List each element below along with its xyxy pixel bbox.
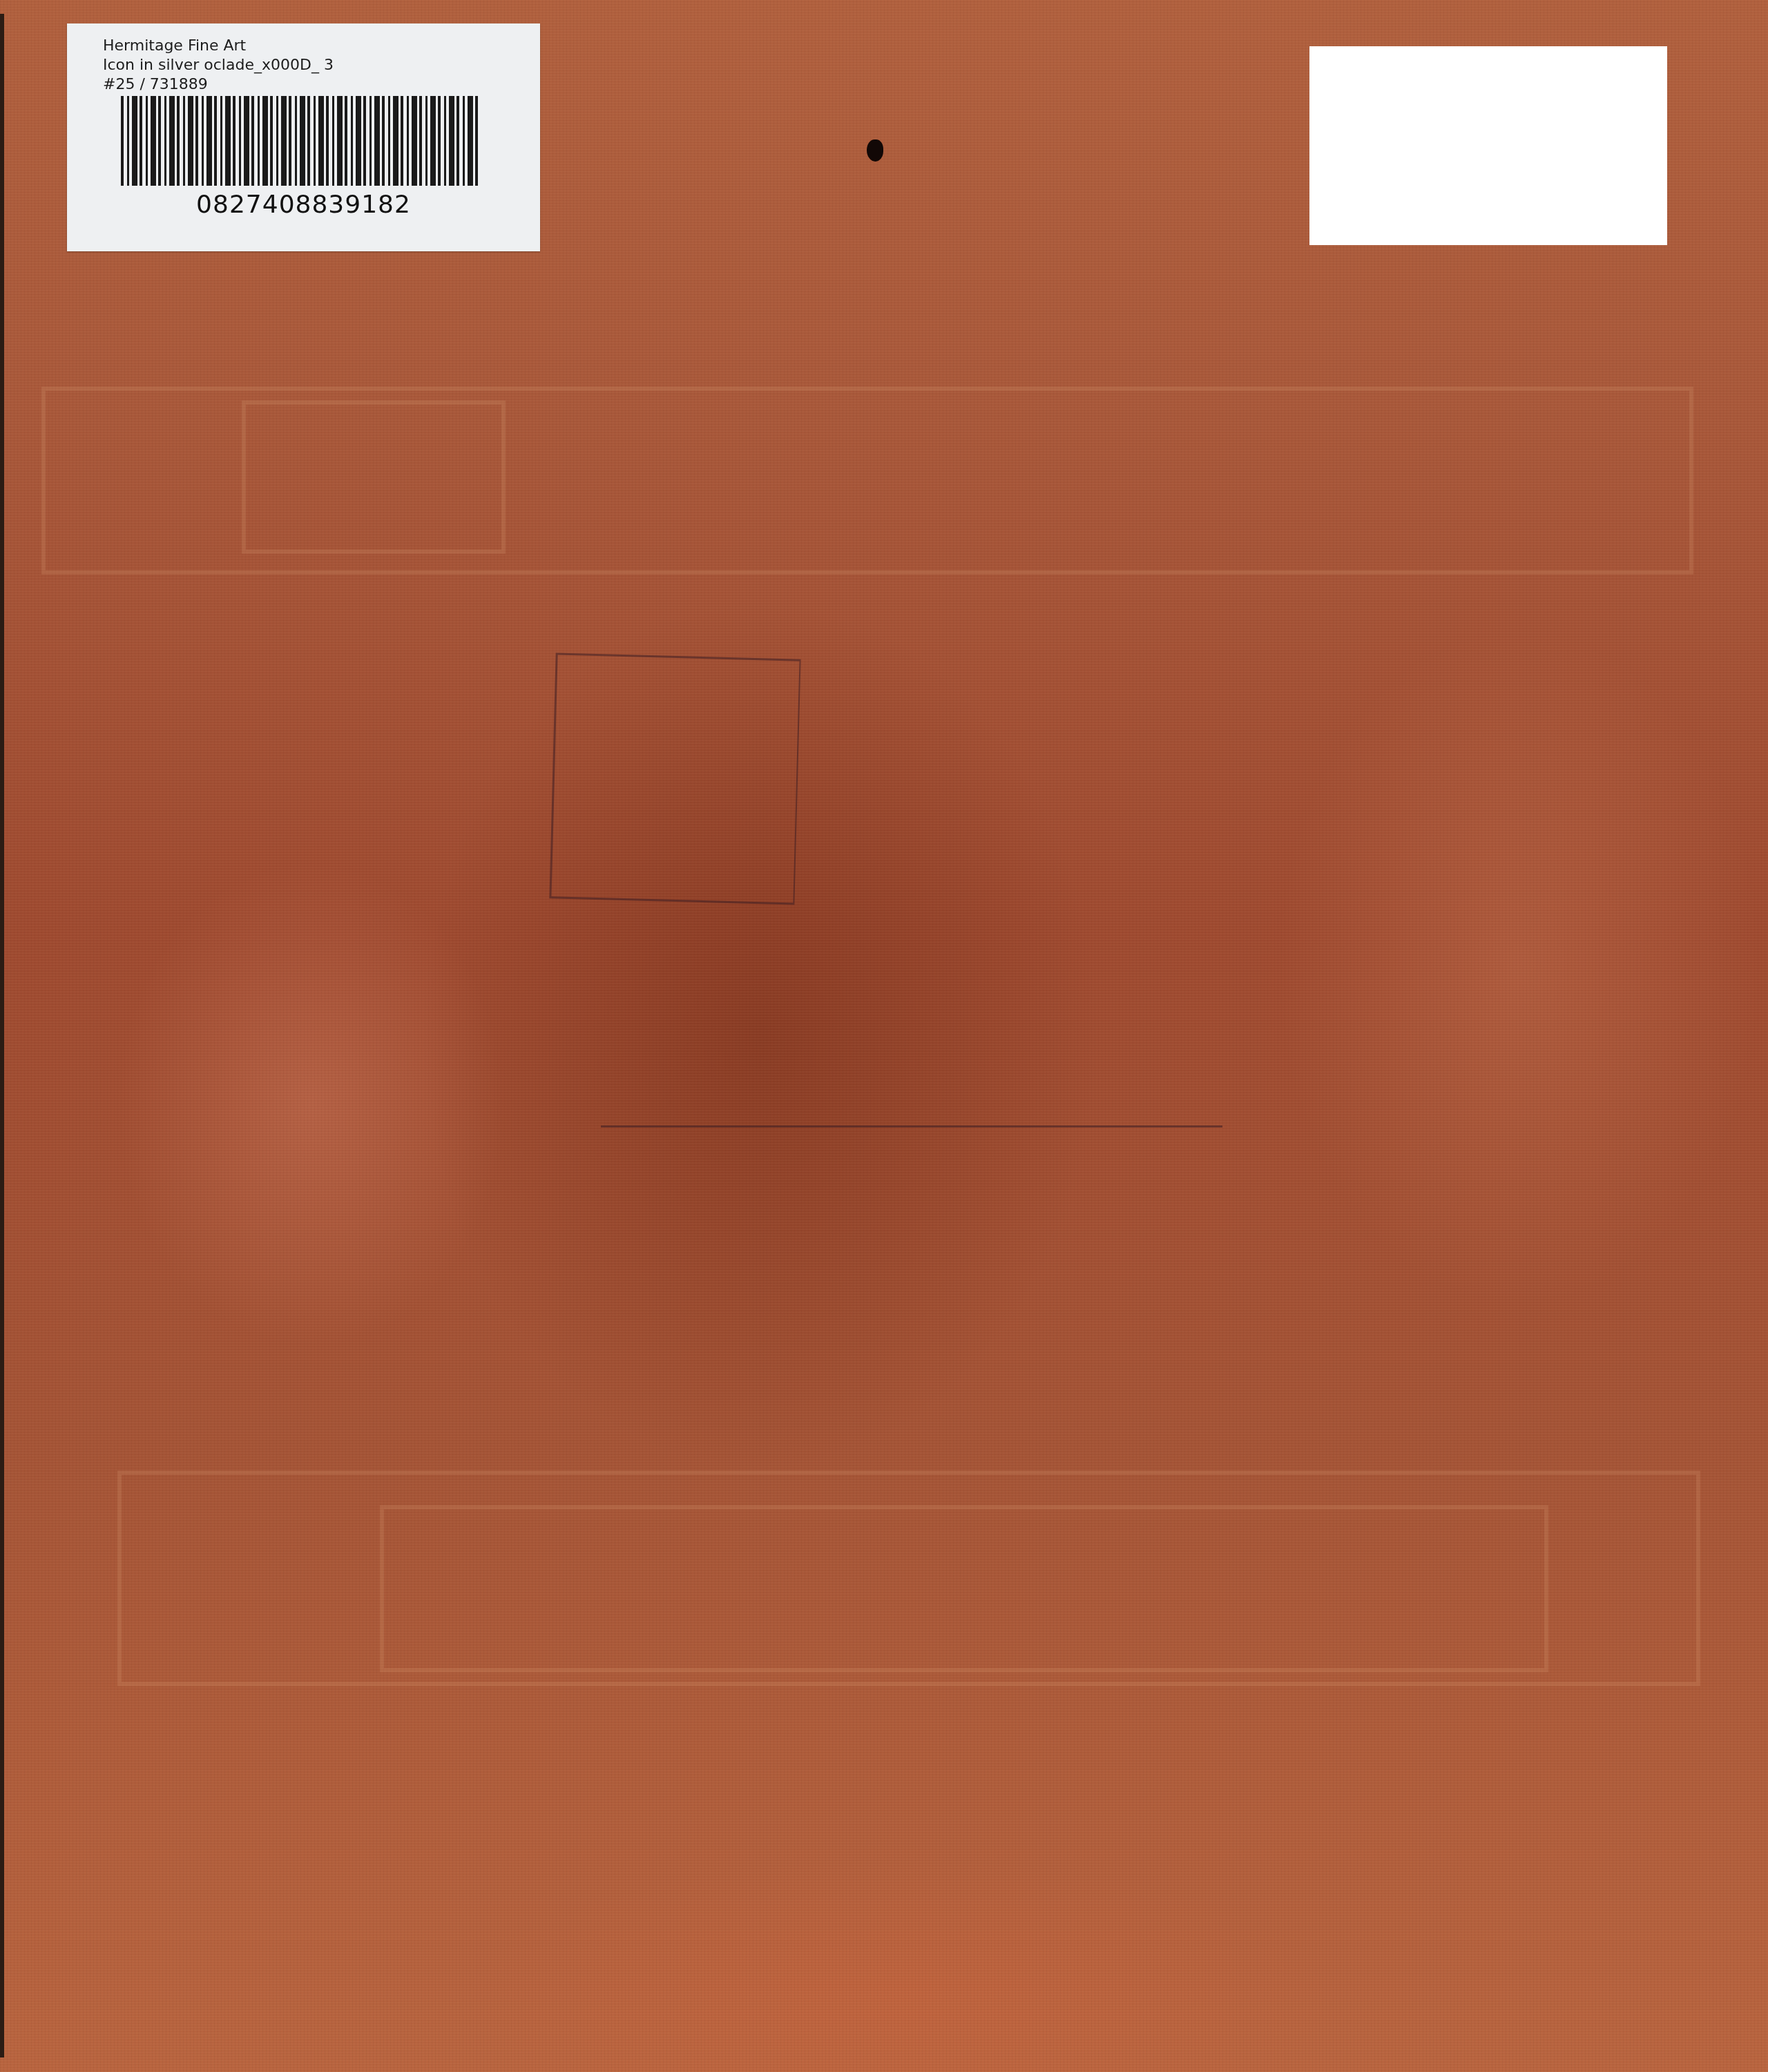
nail-hole [867, 139, 883, 162]
bottom-inset-impression [380, 1505, 1548, 1672]
barcode-graphic [121, 96, 480, 186]
label-item-number: #25 / 731889 [103, 76, 208, 94]
label-item-title: Icon in silver oclade_x000D_ 3 [103, 57, 334, 75]
velvet-backing [0, 0, 1768, 2072]
blank-white-card [1309, 46, 1667, 245]
velvet-texture [0, 0, 1768, 2072]
label-gallery-name: Hermitage Fine Art [103, 37, 246, 55]
barcode-number: 0827408839182 [67, 191, 540, 219]
pencil-rectangle-mark [549, 652, 800, 904]
pencil-horizontal-mark [601, 1125, 1222, 1127]
inventory-label: Hermitage Fine Art Icon in silver oclade… [67, 23, 540, 251]
left-inset-impression [242, 400, 506, 554]
frame-edge [0, 14, 4, 2058]
